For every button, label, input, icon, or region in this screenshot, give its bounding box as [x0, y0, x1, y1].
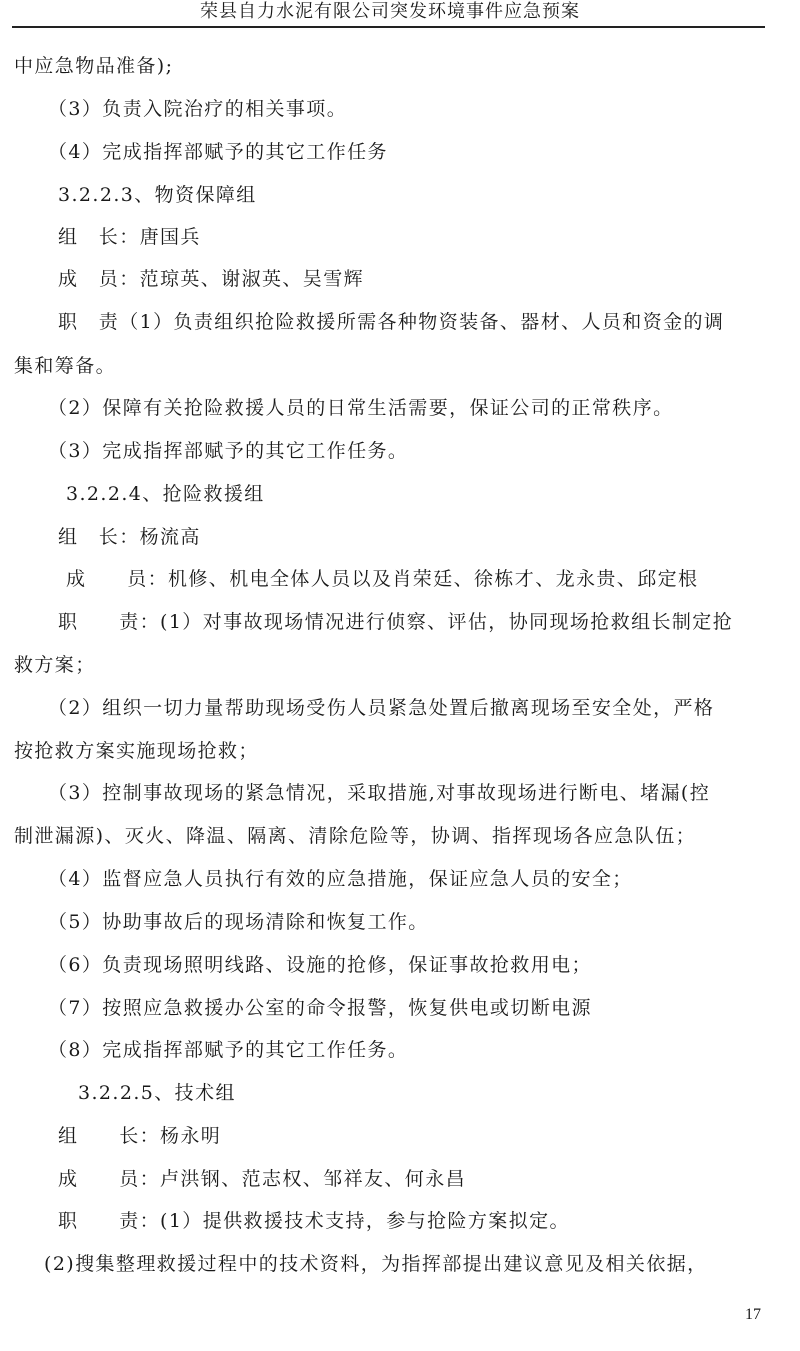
- document-title: 荣县自力水泥有限公司突发环境事件应急预案: [0, 2, 780, 22]
- list-item: （7）按照应急救援办公室的命令报警，恢复供电或切断电源: [48, 996, 592, 1020]
- page-header: 荣县自力水泥有限公司突发环境事件应急预案: [0, 0, 800, 30]
- group-duties: 职 责：(1）提供救援技术支持，参与抢险方案拟定。: [58, 1209, 570, 1233]
- text-line: 中应急物品准备);: [14, 54, 173, 78]
- list-item: （6）负责现场照明线路、设施的抢修，保证事故抢救用电；: [48, 953, 592, 977]
- section-heading-3-2-2-3: 3.2.2.3、物资保障组: [58, 183, 257, 207]
- section-heading-3-2-2-5: 3.2.2.5、技术组: [78, 1081, 236, 1105]
- list-item: （8）完成指挥部赋予的其它工作任务。: [48, 1038, 408, 1062]
- list-item: （3）控制事故现场的紧急情况，采取措施,对事故现场进行断电、堵漏(控: [48, 781, 710, 805]
- group-leader: 组 长：唐国兵: [58, 225, 201, 249]
- group-duties: 职 责：(1）对事故现场情况进行侦察、评估，协同现场抢救组长制定抢: [58, 610, 733, 634]
- page-number: 17: [745, 1306, 761, 1324]
- group-members: 成 员：卢洪钢、范志权、邹祥友、何永昌: [58, 1167, 466, 1191]
- group-leader: 组 长：杨流高: [58, 525, 201, 549]
- list-item: （5）协助事故后的现场清除和恢复工作。: [48, 910, 429, 934]
- list-item-3-hospital: （3）负责入院治疗的相关事项。: [48, 97, 347, 121]
- text-line: 按抢救方案实施现场抢救；: [14, 739, 259, 763]
- list-item: （3）完成指挥部赋予的其它工作任务。: [48, 439, 408, 463]
- list-item: （4）监督应急人员执行有效的应急措施，保证应急人员的安全；: [48, 867, 633, 891]
- group-duties: 职 责（1）负责组织抢险救援所需各种物资装备、器材、人员和资金的调: [58, 310, 724, 334]
- header-divider: [12, 26, 765, 28]
- section-heading-3-2-2-4: 3.2.2.4、抢险救援组: [66, 482, 265, 506]
- list-item: （2）保障有关抢险救援人员的日常生活需要，保证公司的正常秩序。: [48, 396, 674, 420]
- list-item: (2)搜集整理救援过程中的技术资料，为指挥部提出建议意见及相关依据，: [44, 1252, 708, 1276]
- text-line: 救方案；: [14, 653, 96, 677]
- list-item-4-tasks: （4）完成指挥部赋予的其它工作任务: [48, 140, 388, 164]
- group-leader: 组 长：杨永明: [58, 1124, 221, 1148]
- text-line: 制泄漏源)、灭火、降温、隔离、清除危险等，协调、指挥现场各应急队伍；: [14, 824, 696, 848]
- group-members: 成 员：范琼英、谢淑英、吴雪辉: [58, 267, 364, 291]
- list-item: （2）组织一切力量帮助现场受伤人员紧急处置后撤离现场至安全处，严格: [48, 696, 714, 720]
- group-members: 成 员：机修、机电全体人员以及肖荣廷、徐栋才、龙永贵、邱定根: [66, 567, 698, 591]
- text-line: 集和筹备。: [14, 354, 116, 378]
